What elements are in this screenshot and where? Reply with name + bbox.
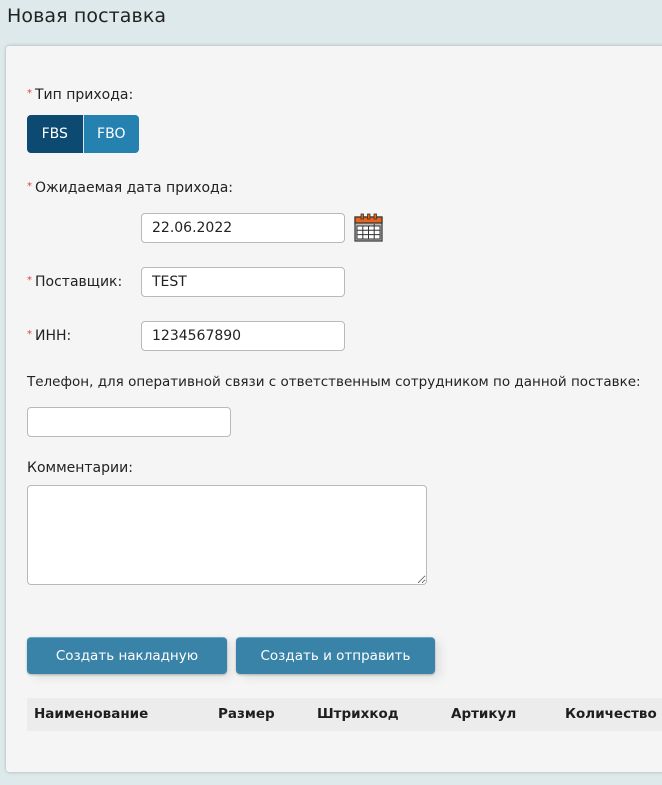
- column-quantity: Количество: [565, 706, 657, 722]
- arrival-type-fbs-button[interactable]: FBS: [27, 115, 83, 153]
- column-article: Артикул: [451, 706, 516, 722]
- arrival-type-toggle: FBS FBO: [27, 115, 139, 153]
- calendar-icon[interactable]: [354, 213, 384, 242]
- arrival-type-label: *Тип прихода:: [27, 87, 133, 103]
- required-marker: *: [27, 275, 32, 286]
- arrival-type-label-text: Тип прихода:: [35, 87, 133, 103]
- arrival-type-fbo-button[interactable]: FBO: [83, 115, 140, 153]
- column-size: Размер: [218, 706, 275, 722]
- supplier-input[interactable]: [141, 267, 345, 297]
- comments-label: Комментарии:: [27, 460, 133, 476]
- expected-date-label-text: Ожидаемая дата прихода:: [35, 180, 233, 196]
- inn-input[interactable]: [141, 321, 345, 351]
- required-marker: *: [27, 181, 32, 192]
- create-and-send-button[interactable]: Создать и отправить: [236, 637, 435, 674]
- required-marker: *: [27, 329, 32, 340]
- required-marker: *: [27, 88, 32, 99]
- column-name: Наименование: [34, 706, 148, 722]
- supplier-label-text: Поставщик:: [35, 274, 122, 290]
- phone-input[interactable]: [27, 407, 231, 437]
- expected-date-input[interactable]: [141, 213, 345, 243]
- supplier-label: *Поставщик:: [27, 274, 122, 290]
- comments-textarea[interactable]: [27, 485, 427, 585]
- phone-label: Телефон, для оперативной связи с ответст…: [27, 374, 641, 390]
- expected-date-label: *Ожидаемая дата прихода:: [27, 180, 233, 196]
- items-table-header: Наименование Размер Штрихкод Артикул Кол…: [27, 698, 662, 731]
- inn-label-text: ИНН:: [35, 328, 71, 344]
- page-title: Новая поставка: [7, 5, 166, 27]
- inn-label: *ИНН:: [27, 328, 71, 344]
- column-barcode: Штрихкод: [317, 706, 399, 722]
- create-invoice-button[interactable]: Создать накладную: [27, 637, 227, 674]
